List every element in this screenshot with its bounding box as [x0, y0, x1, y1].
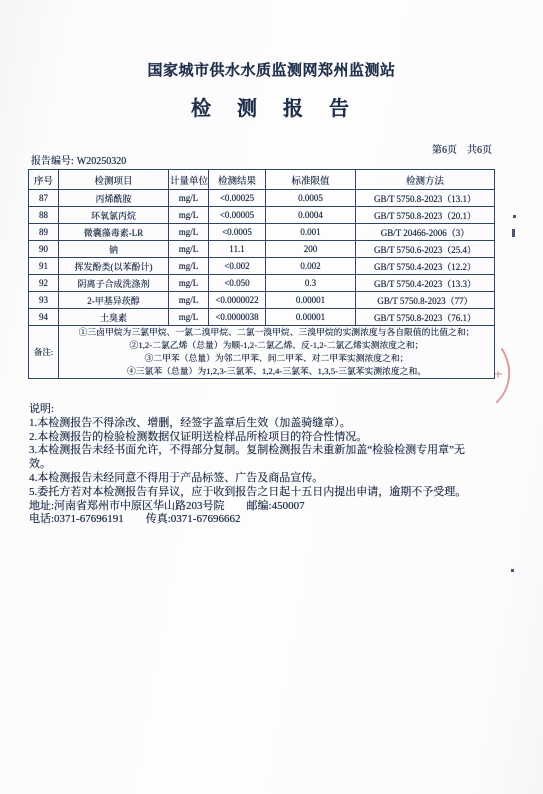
- cell-index: 92: [29, 275, 59, 292]
- cell-item: 钠: [59, 241, 169, 258]
- note-line: 4.本检测报告未经同意不得用于产品标签、广告及商品宣传。: [29, 472, 485, 486]
- cell-result: <0.002: [209, 258, 266, 275]
- cell-item: 丙烯酰胺: [59, 190, 169, 207]
- cell-method: GB/T 5750.8-2023（76.1）: [356, 309, 495, 326]
- note-line: 5.委托方若对本检测报告有异议，应于收到报告之日起十五日内提出申请，逾期不予受理…: [29, 486, 485, 500]
- table-row: 92 阴离子合成洗涤剂 mg/L <0.050 0.3 GB/T 5750.4-…: [29, 275, 495, 292]
- table-row: 87 丙烯酰胺 mg/L <0.00025 0.0005 GB/T 5750.8…: [29, 190, 495, 207]
- remark-content: ①三卤甲烷为三氯甲烷、一氯二溴甲烷、二氯一溴甲烷、三溴甲烷的实测浓度与各自限值的…: [59, 326, 495, 379]
- cell-limit: 0.00001: [266, 309, 356, 326]
- cell-index: 87: [29, 190, 59, 207]
- col-header-result: 检测结果: [209, 170, 266, 190]
- col-header-method: 检测方法: [356, 170, 495, 190]
- cell-limit: 0.0004: [266, 207, 356, 224]
- table-row: 90 钠 mg/L 11.1 200 GB/T 5750.6-2023（25.4…: [29, 241, 495, 258]
- remark-line: ④三氯苯（总量）为1,2,3-三氯苯、1,2,4-三氯苯、1,3,5-三氯苯实测…: [60, 365, 493, 378]
- remark-row: 备注: ①三卤甲烷为三氯甲烷、一氯二溴甲烷、二氯一溴甲烷、三溴甲烷的实测浓度与各…: [29, 326, 495, 379]
- cell-result: <0.0005: [209, 224, 266, 241]
- report-number: 报告编号:W20250320: [31, 152, 126, 167]
- cell-limit: 0.002: [266, 258, 356, 275]
- cell-result: <0.050: [209, 275, 266, 292]
- report-title: 检 测 报 告: [0, 92, 543, 121]
- address-line: 地址:河南省郑州市中原区华山路203号院 邮编:450007: [29, 500, 485, 514]
- remark-line: ①三卤甲烷为三氯甲烷、一氯二溴甲烷、二氯一溴甲烷、三溴甲烷的实测浓度与各自限值的…: [60, 326, 493, 339]
- cell-limit: 0.0005: [266, 190, 356, 207]
- note-line: 1.本检测报告不得涂改、增删，经签字盖章后生效（加盖骑缝章）。: [29, 417, 485, 431]
- station-title: 国家城市供水水质监测网郑州监测站: [0, 59, 543, 80]
- report-number-label: 报告编号:: [31, 156, 74, 167]
- page-number: 第6页 共6页: [432, 141, 492, 156]
- cell-method: GB/T 5750.8-2023（20.1）: [356, 207, 495, 224]
- notes-heading: 说明:: [29, 403, 485, 417]
- table-header-row: 序号 检测项目 计量单位 检测结果 标准限值 检测方法: [29, 170, 495, 190]
- table-row: 91 挥发酚类(以苯酚计) mg/L <0.002 0.002 GB/T 575…: [29, 258, 495, 275]
- scan-speck: [513, 215, 516, 218]
- cell-index: 91: [29, 258, 59, 275]
- results-table-body: 87 丙烯酰胺 mg/L <0.00025 0.0005 GB/T 5750.8…: [29, 190, 495, 379]
- cell-result: <0.0000038: [209, 309, 266, 326]
- cell-index: 88: [29, 207, 59, 224]
- remark-line: ②1,2-二氯乙烯（总量）为顺-1,2-二氯乙烯、反-1,2-二氯乙烯实测浓度之…: [60, 339, 493, 352]
- cell-method: GB/T 5750.4-2023（13.3）: [356, 275, 495, 292]
- cell-index: 90: [29, 241, 59, 258]
- cell-result: <0.00005: [209, 207, 266, 224]
- cell-limit: 0.00001: [266, 292, 356, 309]
- table-row: 88 环氧氯丙烷 mg/L <0.00005 0.0004 GB/T 5750.…: [29, 207, 495, 224]
- scan-speck: [512, 229, 515, 237]
- note-line: 2.本检测报告的检验检测数据仅证明送检样品所检项目的符合性情况。: [29, 431, 485, 445]
- cell-unit: mg/L: [169, 275, 209, 292]
- remark-line: ③二甲苯（总量）为邻二甲苯、间二甲苯、对二甲苯实测浓度之和；: [60, 352, 493, 365]
- cell-item: 微囊藻毒素-LR: [59, 224, 169, 241]
- cell-unit: mg/L: [169, 309, 209, 326]
- col-header-unit: 计量单位: [169, 170, 209, 190]
- table-row: 94 土臭素 mg/L <0.0000038 0.00001 GB/T 5750…: [29, 309, 495, 326]
- cell-method: GB/T 5750.4-2023（12.2）: [356, 258, 495, 275]
- scan-speck: [511, 569, 514, 572]
- cell-item: 环氧氯丙烷: [59, 207, 169, 224]
- cell-result: 11.1: [209, 241, 266, 258]
- cell-method: GB/T 5750.6-2023（25.4）: [356, 241, 495, 258]
- cell-item: 阴离子合成洗涤剂: [59, 275, 169, 292]
- cell-unit: mg/L: [169, 207, 209, 224]
- cell-index: 93: [29, 292, 59, 309]
- cell-method: GB/T 20466-2006（3）: [356, 224, 495, 241]
- col-header-limit: 标准限值: [266, 170, 356, 190]
- cell-method: GB/T 5750.8-2023（77）: [356, 292, 495, 309]
- col-header-index: 序号: [29, 170, 59, 190]
- col-header-item: 检测项目: [59, 170, 169, 190]
- cell-result: <0.00025: [209, 190, 266, 207]
- cell-limit: 0.3: [266, 275, 356, 292]
- results-table: 序号 检测项目 计量单位 检测结果 标准限值 检测方法 87 丙烯酰胺 mg/L…: [28, 169, 495, 379]
- cell-unit: mg/L: [169, 190, 209, 207]
- phone-line: 电话:0371-67696191 传真:0371-67696662: [29, 513, 485, 527]
- cell-unit: mg/L: [169, 258, 209, 275]
- cell-unit: mg/L: [169, 241, 209, 258]
- cell-unit: mg/L: [169, 224, 209, 241]
- cell-item: 挥发酚类(以苯酚计): [59, 258, 169, 275]
- cell-limit: 0.001: [266, 224, 356, 241]
- notes-section: 说明: 1.本检测报告不得涂改、增删，经签字盖章后生效（加盖骑缝章）。2.本检测…: [29, 403, 485, 527]
- cell-index: 94: [29, 309, 59, 326]
- remark-label: 备注:: [29, 326, 59, 379]
- cell-unit: mg/L: [169, 292, 209, 309]
- cell-limit: 200: [266, 241, 356, 258]
- cell-item: 土臭素: [59, 309, 169, 326]
- table-row: 93 2-甲基异莰醇 mg/L <0.0000022 0.00001 GB/T …: [29, 292, 495, 309]
- seal-edge-mark: [492, 345, 518, 407]
- cell-item: 2-甲基异莰醇: [59, 292, 169, 309]
- cell-method: GB/T 5750.8-2023（13.1）: [356, 190, 495, 207]
- table-row: 89 微囊藻毒素-LR mg/L <0.0005 0.001 GB/T 2046…: [29, 224, 495, 241]
- cell-index: 89: [29, 224, 59, 241]
- note-line: 3.本检测报告未经书面允许，不得部分复制。复制检测报告未重新加盖“检验检测专用章…: [29, 444, 485, 472]
- report-number-value: W20250320: [77, 156, 126, 167]
- cell-result: <0.0000022: [209, 292, 266, 309]
- report-page: 国家城市供水水质监测网郑州监测站 检 测 报 告 第6页 共6页 报告编号:W2…: [0, 0, 543, 794]
